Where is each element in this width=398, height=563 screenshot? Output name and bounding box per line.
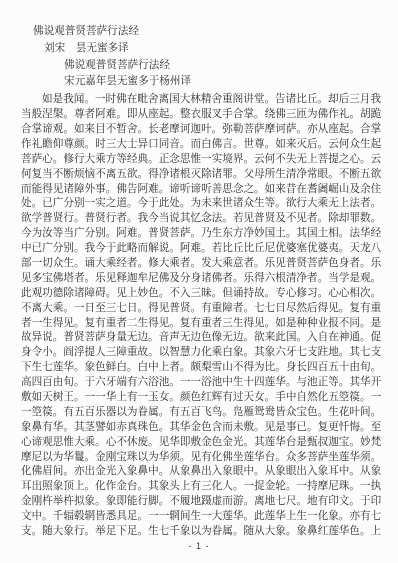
body-text-line: 心谛观思惟大乘。心不休废。见华即敷金色金光。其莲华台是甄叔迦宝。妙梵 — [21, 435, 384, 450]
body-text-line: 不离大乘。一日至三七日。得见普贤。有重障者。七七日尽然后得见。复有重 — [21, 301, 384, 316]
body-text-line: 摩尼以为华鬘。金刚宝珠以为华须。见有化佛坐莲华台。众多菩萨坐莲华须。 — [21, 450, 384, 465]
body-text-line: 敷如天树王。一一华上有一玉女。颜色红辉有过天女。手中自然化五箜篌。一 — [21, 390, 384, 405]
body-text-line: 高四百由旬。于六牙端有六浴池。一一浴池中生十四莲华。与池正等。其华开 — [21, 375, 384, 390]
body-text-line: 金刚杵举杵拟象。象即能行脚。不履地蹑虚而游。离地七尺。地有印文。于印 — [21, 494, 384, 509]
body-text-line: 当般涅槃。尊者阿难。即从座起。整衣服叉手合掌。绕佛三匝为佛作礼。胡跪 — [21, 107, 384, 122]
sutra-title-inner: 佛说观普贤菩萨行法经 — [64, 57, 398, 74]
sutra-body-text: 如是我闻。一时佛在毗舍离国大林精舍重阁讲堂。告诸比丘。却后三月我当般涅槃。尊者阿… — [21, 92, 384, 539]
body-text-line: 而能得见诸障外事。佛告阿难。谛听谛听善思念之。如来昔在耆阇崛山及余住 — [21, 182, 384, 197]
body-text-line: 身令小。阎浮提人三障重故。以智慧力化乘白象。其象六牙七支跓地。其七支 — [21, 345, 384, 360]
body-text-line: 今为汝等当广分别。阿难。普贤菩萨。乃生东方净妙国土。其国土相。法华经 — [21, 226, 384, 241]
body-text-line: 化佛眉间。亦出金光入象鼻中。从象鼻出入象眼中。从象眼出入象耳中。从象 — [21, 464, 384, 479]
body-text-line: 中已广分别。我今于此略而解说。阿难。若比丘比丘尼优婆塞优婆夷。天龙八 — [21, 241, 384, 256]
document-header: 佛说观普贤菩萨行法经 刘宋 昙无蜜多译 佛说观普贤菩萨行法经 宋元嘉年昙无蜜多于… — [0, 0, 398, 90]
body-text-line: 处。已广分别一实之道。今于此处。为未来世诸众生等。欲行大乘无上法者。 — [21, 196, 384, 211]
body-text-line: 部一切众生。诵大乘经者。修大乘者。发大乘意者。乐见普贤菩萨色身者。乐 — [21, 256, 384, 271]
body-text-line: 合掌谛观。如来目不暂舍。长老摩诃迦叶。弥勒菩萨摩诃萨。亦从座起。合掌 — [21, 122, 384, 137]
body-text-line: 下生七莲华。象色鲜白。白中上者。颇梨雪山不得为比。身长四百五十由旬。 — [21, 360, 384, 375]
body-text-line: 如是我闻。一时佛在毗舍离国大林精舍重阁讲堂。告诸比丘。却后三月我 — [21, 92, 384, 107]
body-text-line: 菩萨心。修行大乘方等经典。正念思惟一实境界。云何不失无上菩提之心。云 — [21, 152, 384, 167]
sutra-title: 佛说观普贤菩萨行法经 — [33, 23, 398, 40]
body-text-line: 象鼻有华。其茎譬如赤真珠色。其华金色含而未敷。见是事已。复更忏悔。至 — [21, 420, 384, 435]
body-text-line: 作礼瞻仰尊颜。时三大士异口同音。而白佛言。世尊。如来灭后。云何众生起 — [21, 137, 384, 152]
document-page: 佛说观普贤菩萨行法经 刘宋 昙无蜜多译 佛说观普贤菩萨行法经 宋元嘉年昙无蜜多于… — [0, 0, 398, 563]
translation-note: 宋元嘉年昙无蜜多于杨州译 — [64, 73, 398, 90]
body-text-line: 者一生得见。复有重者二生得见。复有重者三生得见。如是种种业报不同。是 — [21, 316, 384, 331]
body-text-line: 支。随大象行。举足下足。生七千象以为眷属。随从大象。象鼻红莲华色。上 — [21, 524, 384, 539]
body-text-line: 见多宝佛塔者。乐见释迦牟尼佛及分身诸佛者。乐得六根清净者。当学是观。 — [21, 271, 384, 286]
body-text-line: 此观功德除诸障碍。见上妙色。不入三昧。但诵持故。专心修习。心心相次。 — [21, 286, 384, 301]
body-text-line: 一箜篌。有五百乐器以为眷属。有五百飞鸟。凫雁鸳鸯皆众宝色。生花叶间。 — [21, 405, 384, 420]
translator-byline: 刘宋 昙无蜜多译 — [44, 40, 398, 57]
body-text-line: 耳出照象顶上。化作金台。其象头上有三化人。一捉金轮。一持摩尼珠。一执 — [21, 479, 384, 494]
body-text-line: 何复当不断烦恼不离五欲。得净诸根灭除诸罪。父母所生清净常眼。不断五欲 — [21, 167, 384, 182]
body-text-line: 故异说。普贤菩萨身量无边。音声无边色像无边。欲来此国。入自在神通。促 — [21, 330, 384, 345]
page-number: - 1 - — [0, 541, 398, 551]
body-text-line: 文中。千辐毂辋皆悉具足。一一辋间生一大莲华。此莲华上生一化象。亦有七 — [21, 509, 384, 524]
body-text-line: 欲学普贤行。普贤行者。我今当说其忆念法。若见普贤及不见者。除却罪数。 — [21, 211, 384, 226]
